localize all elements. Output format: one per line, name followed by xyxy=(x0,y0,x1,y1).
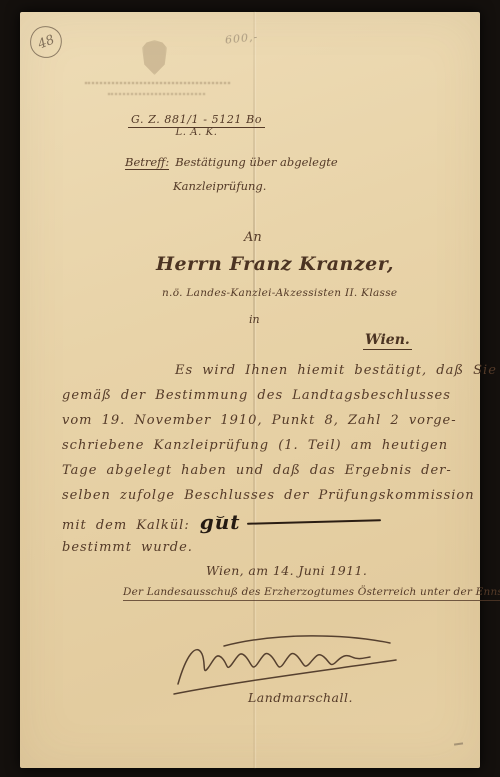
letterhead-illegible-line-2 xyxy=(108,93,205,95)
body-line: selben zufolge Beschlusses der Prüfungsk… xyxy=(62,488,475,503)
grade-dash xyxy=(246,519,380,525)
recipient-name: Herrn Franz Kranzer, xyxy=(156,253,394,275)
subject-label: Betreff: xyxy=(125,155,169,170)
grade-prefix: mit dem Kalkül: xyxy=(62,518,190,533)
recipient-title: n.ö. Landes-Kanzlei-Akzessisten II. Klas… xyxy=(162,287,397,299)
grade-value: gut xyxy=(200,510,241,534)
reference-number: G. Z. 881/1 - 5121 Bo xyxy=(128,113,265,128)
crest-emblem-icon xyxy=(142,40,167,75)
reference-department: L. A. K. xyxy=(128,127,265,138)
date-line: Wien, am 14. Juni 1911. xyxy=(206,563,367,578)
subject-line-2: Kanzleiprüfung. xyxy=(173,179,266,193)
body-line: Es wird Ihnen hiemit bestätigt, daß Sie … xyxy=(175,363,500,378)
document-paper: 48 600,- G. Z. 881/1 - 5121 Bo L. A. K. … xyxy=(20,12,480,768)
signer-title: Landmarschall. xyxy=(248,690,353,705)
body-line: vom 19. November 1910, Punkt 8, Zahl 2 v… xyxy=(62,413,457,428)
body-closing: bestimmt wurde. xyxy=(62,540,193,555)
pencil-circled-number: 48 xyxy=(28,24,64,60)
reference-number-block: G. Z. 881/1 - 5121 Bo L. A. K. xyxy=(128,113,265,138)
photo-background: 48 600,- G. Z. 881/1 - 5121 Bo L. A. K. … xyxy=(0,0,500,777)
letterhead-illegible-line-1 xyxy=(85,82,230,84)
salutation: An xyxy=(244,230,262,245)
grade-line: mit dem Kalkül: gut xyxy=(62,510,381,534)
recipient-city: Wien. xyxy=(363,332,412,350)
pencil-corner-mark xyxy=(454,742,463,745)
subject-text: Bestätigung über abgelegte xyxy=(175,155,338,169)
body-line: Tage abgelegt haben und daß das Ergebnis… xyxy=(62,463,452,478)
issuer-line: Der Landesausschuß des Erzherzogtumes Ös… xyxy=(123,586,500,601)
archive-number: 48 xyxy=(36,32,57,52)
body-line: schriebene Kanzleiprüfung (1. Teil) am h… xyxy=(62,438,448,453)
subject-line: Betreff:Bestätigung über abgelegte xyxy=(125,155,338,169)
recipient-in: in xyxy=(249,313,260,326)
body-line: gemäß der Bestimmung des Landtagsbeschlu… xyxy=(62,388,451,403)
